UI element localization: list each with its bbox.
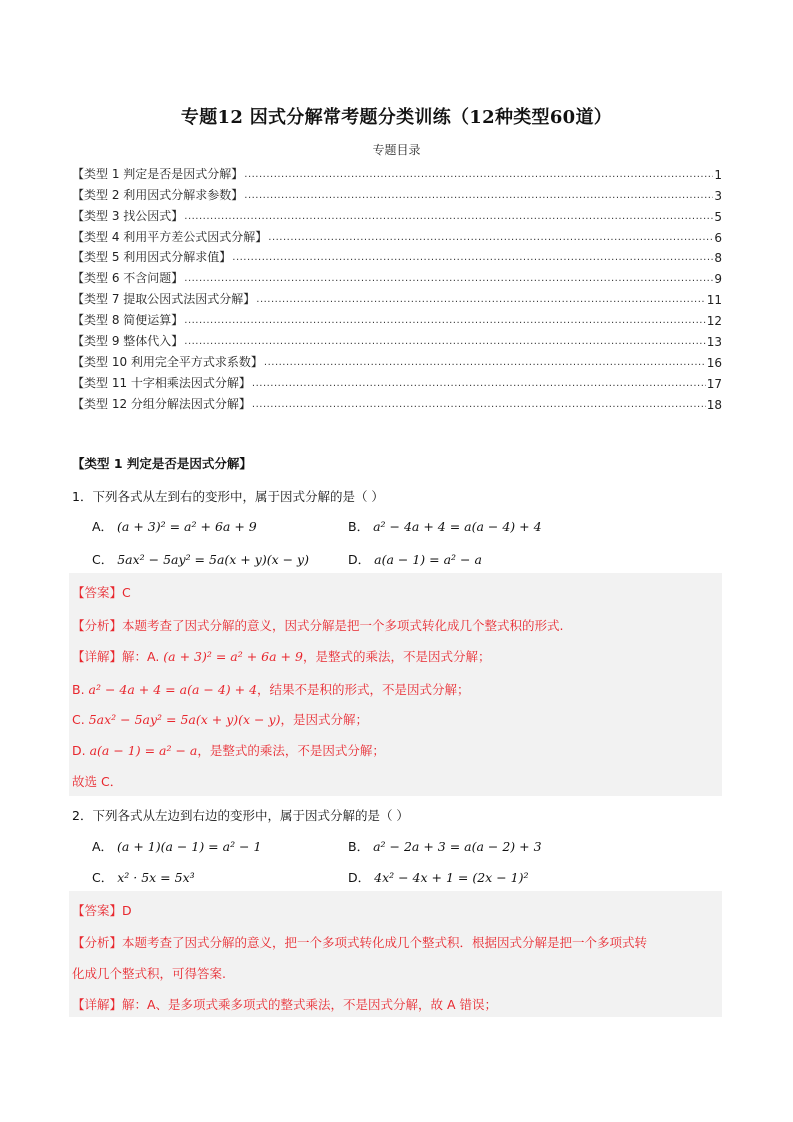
toc-entry-page: 1 [714,168,722,182]
detail-expression: (a + 3)² = a² + 6a + 9 [163,649,303,664]
toc-entry[interactable]: 【类型 3 找公因式】5 [72,203,722,224]
question-1-option-a: A． (a + 3)² = a² + 6a + 9 [92,517,257,535]
document-page: 专题12 因式分解常考题分类训练（12种类型60道） 专题目录 【类型 1 判定… [0,0,793,1122]
question-2-option-b: B． a² − 2a + 3 = a(a − 2) + 3 [348,837,542,855]
detail-expression: 5ax² − 5ay² = 5a(x + y)(x − y) [89,712,281,727]
toc-entry[interactable]: 【类型 7 提取公因式法因式分解】11 [72,286,722,307]
option-label: B． [348,839,369,854]
toc-leader-dots [268,231,713,245]
toc-entry-page: 13 [707,335,722,349]
question-2-option-a: A． (a + 1)(a − 1) = a² − 1 [92,837,261,855]
section-heading: 【类型 1 判定是否是因式分解】 [72,454,252,472]
question-1-answer: 【答案】C [72,583,131,601]
toc-leader-dots [252,377,706,391]
question-2-answer: 【答案】D [72,901,132,919]
detail-suffix: ，结果不是积的形式，不是因式分解； [257,682,470,697]
option-label: C． [92,552,113,567]
toc-entry-label: 【类型 9 整体代入】 [72,332,183,349]
question-1-option-b: B． a² − 4a + 4 = a(a − 4) + 4 [348,517,542,535]
toc-leader-dots [232,251,713,265]
toc-entry[interactable]: 【类型 9 整体代入】13 [72,328,722,349]
option-expression: (a + 3)² = a² + 6a + 9 [117,519,257,534]
option-expression: a(a − 1) = a² − a [374,552,482,567]
table-of-contents: 【类型 1 判定是否是因式分解】1 【类型 2 利用因式分解求参数】3 【类型 … [72,161,722,412]
toc-entry-page: 3 [714,189,722,203]
option-label: B． [348,519,369,534]
option-label: D． [348,552,370,567]
toc-entry-label: 【类型 12 分组分解法因式分解】 [72,395,251,412]
toc-leader-dots [184,210,713,224]
toc-entry[interactable]: 【类型 5 利用因式分解求值】8 [72,245,722,266]
option-expression: 5ax² − 5ay² = 5a(x + y)(x − y) [117,552,309,567]
toc-entry-page: 16 [707,356,722,370]
toc-leader-dots [244,168,713,182]
detail-prefix: D. [72,743,90,758]
option-expression: a² − 2a + 3 = a(a − 2) + 3 [373,839,542,854]
question-1-detail-a: 【详解】解：A. (a + 3)² = a² + 6a + 9，是整式的乘法，不… [72,647,490,665]
toc-entry-page: 11 [707,293,722,307]
option-expression: 4x² − 4x + 1 = (2x − 1)² [374,870,528,885]
question-2-option-c: C． x² · 5x = 5x³ [92,868,195,886]
toc-entry[interactable]: 【类型 12 分组分解法因式分解】18 [72,391,722,412]
option-expression: a² − 4a + 4 = a(a − 4) + 4 [373,519,542,534]
toc-leader-dots [184,272,713,286]
detail-expression: a(a − 1) = a² − a [90,743,198,758]
toc-entry-page: 6 [714,231,722,245]
detail-suffix: ，是整式的乘法，不是因式分解； [197,743,385,758]
toc-entry[interactable]: 【类型 8 简便运算】12 [72,307,722,328]
question-2-detail-a: 【详解】解：A、是多项式乘多项式的整式乘法，不是因式分解，故 A 错误； [72,995,497,1013]
question-1-detail-d: D. a(a − 1) = a² − a，是整式的乘法，不是因式分解； [72,741,385,759]
toc-entry[interactable]: 【类型 2 利用因式分解求参数】3 [72,182,722,203]
toc-entry-label: 【类型 10 利用完全平方式求系数】 [72,353,263,370]
question-1-conclusion: 故选 C． [72,772,122,790]
toc-entry-page: 12 [707,314,722,328]
question-1-detail-c: C. 5ax² − 5ay² = 5a(x + y)(x − y)，是因式分解； [72,710,368,728]
detail-expression: a² − 4a + 4 = a(a − 4) + 4 [89,682,258,697]
detail-suffix: ，是因式分解； [280,712,368,727]
question-2-analysis-line-1: 【分析】本题考查了因式分解的意义，把一个多项式转化成几个整式积．根据因式分解是把… [72,933,647,951]
detail-prefix: C. [72,712,89,727]
toc-entry-page: 5 [714,210,722,224]
toc-entry-label: 【类型 7 提取公因式法因式分解】 [72,290,255,307]
toc-leader-dots [252,398,706,412]
option-label: A． [92,839,113,854]
toc-leader-dots [264,356,706,370]
question-2-stem: 2．下列各式从左边到右边的变形中，属于因式分解的是（ ） [72,806,409,824]
option-expression: x² · 5x = 5x³ [117,870,194,885]
question-1-analysis: 【分析】本题考查了因式分解的意义，因式分解是把一个多项式转化成几个整式积的形式. [72,616,563,634]
question-1-stem: 1．下列各式从左到右的变形中，属于因式分解的是（ ） [72,487,384,505]
toc-entry-page: 18 [707,398,722,412]
question-2-analysis-line-2: 化成几个整式积，可得答案. [72,964,226,982]
toc-entry[interactable]: 【类型 10 利用完全平方式求系数】16 [72,349,722,370]
toc-entry[interactable]: 【类型 6 不含问题】9 [72,265,722,286]
detail-prefix: 【详解】解：A. [72,649,163,664]
toc-entry-page: 17 [707,377,722,391]
toc-leader-dots [256,293,705,307]
toc-entry-page: 9 [714,272,722,286]
toc-entry[interactable]: 【类型 1 判定是否是因式分解】1 [72,161,722,182]
document-title: 专题12 因式分解常考题分类训练（12种类型60道） [0,103,793,129]
toc-entry-label: 【类型 11 十字相乘法因式分解】 [72,374,251,391]
option-expression: (a + 1)(a − 1) = a² − 1 [117,839,261,854]
toc-leader-dots [244,189,713,203]
question-1-option-d: D． a(a − 1) = a² − a [348,550,482,568]
detail-prefix: B. [72,682,89,697]
option-label: A． [92,519,113,534]
toc-leader-dots [184,314,705,328]
toc-entry-label: 【类型 4 利用平方差公式因式分解】 [72,228,267,245]
option-label: D． [348,870,370,885]
toc-entry[interactable]: 【类型 4 利用平方差公式因式分解】6 [72,224,722,245]
question-2-option-d: D． 4x² − 4x + 1 = (2x − 1)² [348,868,529,886]
toc-leader-dots [184,335,705,349]
question-1-option-c: C． 5ax² − 5ay² = 5a(x + y)(x − y) [92,550,309,568]
toc-entry-page: 8 [714,251,722,265]
option-label: C． [92,870,113,885]
toc-entry-label: 【类型 8 简便运算】 [72,311,183,328]
toc-entry-label: 【类型 5 利用因式分解求值】 [72,248,231,265]
toc-entry-label: 【类型 6 不含问题】 [72,269,183,286]
toc-entry-label: 【类型 1 判定是否是因式分解】 [72,165,243,182]
toc-heading: 专题目录 [0,141,793,158]
toc-entry[interactable]: 【类型 11 十字相乘法因式分解】17 [72,370,722,391]
toc-entry-label: 【类型 2 利用因式分解求参数】 [72,186,243,203]
detail-suffix: ，是整式的乘法，不是因式分解； [303,649,491,664]
toc-entry-label: 【类型 3 找公因式】 [72,207,183,224]
question-1-detail-b: B. a² − 4a + 4 = a(a − 4) + 4，结果不是积的形式，不… [72,680,470,698]
